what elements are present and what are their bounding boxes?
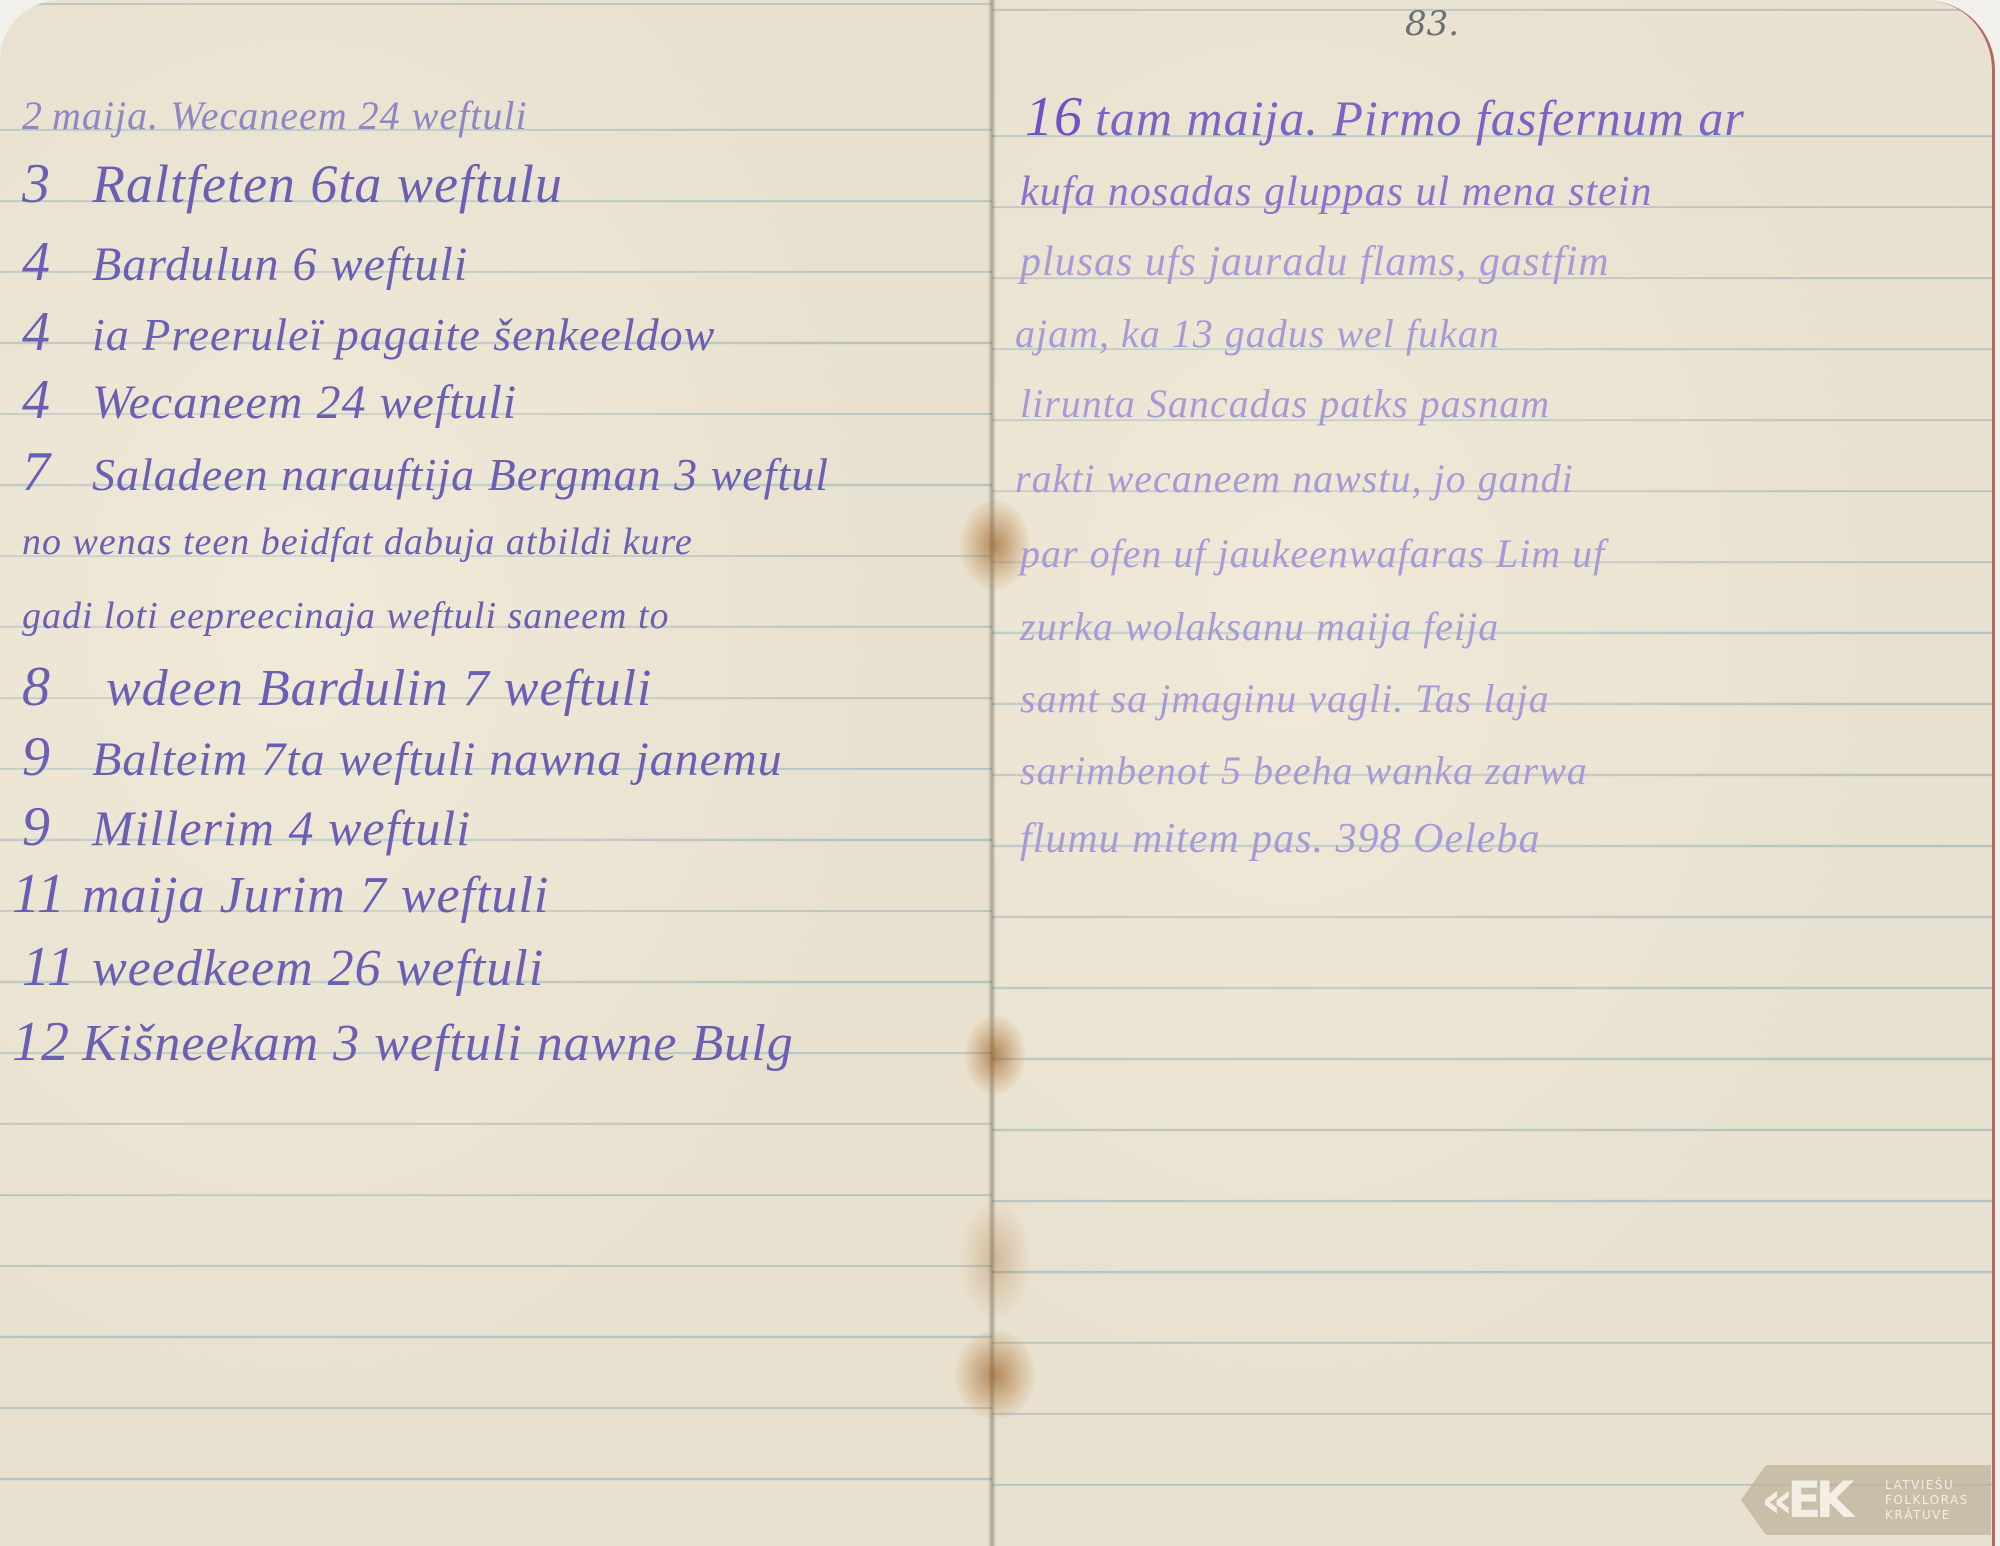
line-number: 16 [1025, 85, 1095, 149]
handwritten-line: 4Wecaneem 24 weftuli [22, 368, 517, 432]
line-text: rakti wecaneem nawstu, jo gandi [1015, 456, 1574, 501]
line-number: 9 [22, 725, 92, 789]
lfk-logo-icon: «EK [1761, 1465, 1881, 1535]
line-number: 12 [12, 1010, 82, 1074]
notebook-spread: 83. 2maija. Wecaneem 24 weftuli 3Raltfet… [0, 0, 2000, 1546]
handwritten-line: 2maija. Wecaneem 24 weftuli [22, 92, 528, 139]
handwritten-line: 12Kišneekam 3 weftuli nawne Bulg [12, 1010, 794, 1074]
watermark-line: LATVIEŠU [1885, 1478, 1969, 1493]
line-text: gadi loti eepreecinaja weftuli saneem to [22, 595, 670, 637]
handwritten-line: 9Balteim 7ta weftuli nawna janemu [22, 725, 783, 789]
line-text: wdeen Bardulin 7 weftuli [92, 660, 652, 717]
handwritten-line: 11maija Jurim 7 weftuli [12, 862, 549, 926]
line-text: lirunta Sancadas patks pasnam [1020, 381, 1550, 426]
line-number: 8 [22, 655, 92, 719]
line-text: zurka wolaksanu maija feija [1020, 604, 1499, 649]
rust-stain [955, 1330, 1035, 1420]
line-text: no wenas teen beidfat dabuja atbildi kur… [22, 521, 693, 563]
handwritten-line: gadi loti eepreecinaja weftuli saneem to [22, 594, 670, 638]
line-text: Raltfeten 6ta weftulu [92, 154, 563, 214]
handwritten-line: par ofen uf jaukeenwafaras Lim uf [1020, 530, 1605, 577]
handwritten-line: zurka wolaksanu maija feija [1020, 603, 1499, 650]
line-text: weedkeem 26 weftuli [92, 940, 544, 997]
line-text: ajam, ka 13 gadus wel fukan [1015, 311, 1500, 356]
line-text: Wecaneem 24 weftuli [92, 376, 517, 429]
handwritten-line: 4ia Preeruleï pagaite šenkeeldow [22, 300, 715, 364]
line-text: Saladeen narauftija Bergman 3 weftul [92, 449, 829, 500]
line-number: 3 [22, 152, 92, 216]
watermark-line: FOLKLORAS [1885, 1493, 1969, 1508]
line-number: 11 [12, 862, 82, 926]
handwritten-line: plusas ufs jauradu flams, gastfim [1020, 238, 1610, 286]
archive-watermark: «EK LATVIEŠU FOLKLORAS KRĀTUVE [1741, 1465, 1991, 1535]
handwritten-line: sarimbenot 5 beeha wanka zarwa [1020, 747, 1588, 794]
line-text: samt sa jmaginu vagli. Tas laja [1020, 676, 1550, 721]
handwritten-line: samt sa jmaginu vagli. Tas laja [1020, 675, 1550, 722]
line-text: ia Preeruleï pagaite šenkeeldow [92, 309, 715, 360]
line-text: Balteim 7ta weftuli nawna janemu [92, 733, 783, 786]
handwritten-line: flumu mitem pas. 398 Oeleba [1020, 815, 1540, 863]
handwritten-line: kufa nosadas gluppas ul mena stein [1020, 168, 1652, 216]
line-text: tam maija. Pirmo fasfernum ar [1095, 90, 1745, 146]
line-number: 2 [22, 92, 52, 139]
line-text: sarimbenot 5 beeha wanka zarwa [1020, 748, 1588, 793]
handwritten-line: rakti wecaneem nawstu, jo gandi [1015, 455, 1574, 502]
line-number: 4 [22, 230, 92, 294]
handwritten-line: 4Bardulun 6 weftuli [22, 230, 468, 294]
line-text: kufa nosadas gluppas ul mena stein [1020, 169, 1652, 215]
line-text: Kišneekam 3 weftuli nawne Bulg [82, 1015, 794, 1072]
handwritten-line: lirunta Sancadas patks pasnam [1020, 380, 1550, 427]
line-number: 4 [22, 368, 92, 432]
handwritten-line: 8 wdeen Bardulin 7 weftuli [22, 655, 652, 719]
handwritten-line: ajam, ka 13 gadus wel fukan [1015, 310, 1500, 357]
handwritten-line: 11weedkeem 26 weftuli [22, 935, 544, 999]
line-text: plusas ufs jauradu flams, gastfim [1020, 239, 1610, 285]
page-number: 83. [1405, 4, 1459, 44]
watermark-text: LATVIEŠU FOLKLORAS KRĀTUVE [1885, 1478, 1969, 1523]
line-number: 9 [22, 795, 92, 859]
line-text: maija. Wecaneem 24 weftuli [52, 93, 528, 138]
handwritten-line: 16tam maija. Pirmo fasfernum ar [1025, 85, 1745, 149]
line-text: maija Jurim 7 weftuli [82, 867, 549, 924]
line-number: 4 [22, 300, 92, 364]
handwritten-line: no wenas teen beidfat dabuja atbildi kur… [22, 520, 693, 564]
line-text: par ofen uf jaukeenwafaras Lim uf [1020, 531, 1605, 576]
watermark-line: KRĀTUVE [1885, 1508, 1969, 1523]
rust-stain [965, 1015, 1025, 1095]
handwritten-line: 9Millerim 4 weftuli [22, 795, 471, 859]
line-text: Bardulun 6 weftuli [92, 238, 468, 291]
handwritten-line: 3Raltfeten 6ta weftulu [22, 152, 563, 216]
line-number: 11 [22, 935, 92, 999]
rust-stain [960, 1200, 1030, 1320]
handwritten-line: 7Saladeen narauftija Bergman 3 weftul [22, 440, 829, 504]
line-number: 7 [22, 440, 92, 504]
line-text: Millerim 4 weftuli [92, 800, 471, 856]
line-text: flumu mitem pas. 398 Oeleba [1020, 816, 1540, 862]
